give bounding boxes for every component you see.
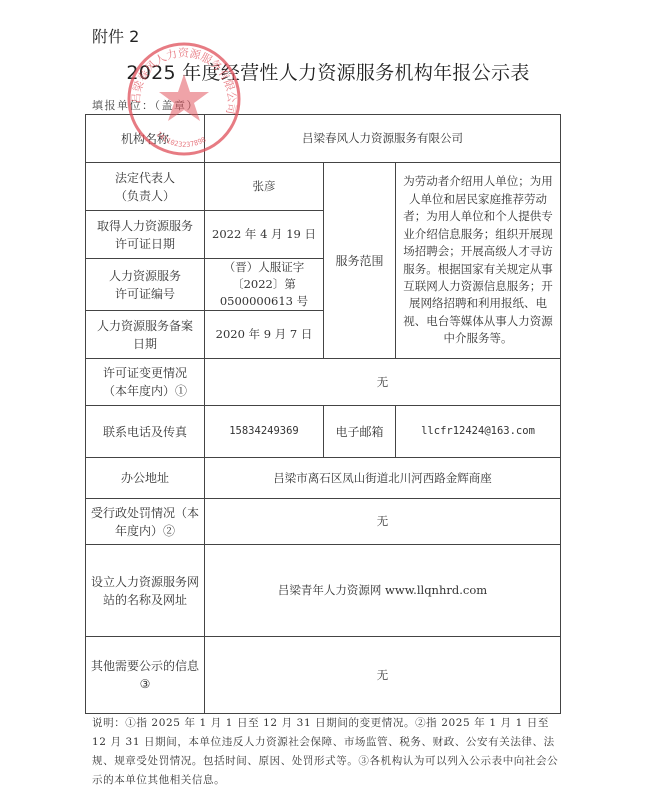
filing-date-label-line2: 日期 (90, 335, 200, 353)
other-info-label: 其他需要公示的信息 ③ (86, 637, 205, 714)
phone-value: 15834249369 (205, 406, 324, 458)
website-label-line2: 站的名称及网址 (90, 591, 200, 609)
license-date-label: 取得人力资源服务 许可证日期 (86, 211, 205, 259)
address-value: 吕梁市离石区凤山街道北川河西路金辉商座 (205, 458, 561, 499)
license-change-label: 许可证变更情况 （本年度内）① (86, 359, 205, 406)
legal-rep-label-line1: 法定代表人 (90, 169, 200, 187)
contact-label: 联系电话及传真 (86, 406, 205, 458)
row-website: 设立人力资源服务网 站的名称及网址 吕梁青年人力资源网 www.llqnhrd.… (86, 545, 561, 637)
other-info-label-line2: ③ (90, 675, 200, 693)
legal-rep-value: 张彦 (205, 163, 324, 211)
legal-rep-label: 法定代表人 （负责人） (86, 163, 205, 211)
row-legal-rep: 法定代表人 （负责人） 张彦 服务范围 为劳动者介绍用人单位；为用人单位和居民家… (86, 163, 561, 211)
other-info-label-line1: 其他需要公示的信息 (90, 657, 200, 675)
license-date-label-line2: 许可证日期 (90, 235, 200, 253)
annual-report-table: 机构名称 吕梁春风人力资源服务有限公司 法定代表人 （负责人） 张彦 服务范围 … (85, 114, 561, 714)
website-label-line1: 设立人力资源服务网 (90, 573, 200, 591)
row-address: 办公地址 吕梁市离石区凤山街道北川河西路金辉商座 (86, 458, 561, 499)
footnote: 说明：①指 2025 年 1 月 1 日至 12 月 31 日期间的变更情况。②… (92, 714, 562, 790)
license-no-label-line1: 人力资源服务 (90, 267, 200, 285)
penalty-label-line1: 受行政处罚情况（本 (90, 504, 200, 522)
website-label: 设立人力资源服务网 站的名称及网址 (86, 545, 205, 637)
row-contact: 联系电话及传真 15834249369 电子邮箱 llcfr12424@163.… (86, 406, 561, 458)
license-change-value: 无 (205, 359, 561, 406)
license-date-label-line1: 取得人力资源服务 (90, 217, 200, 235)
row-penalty: 受行政处罚情况（本 年度内）② 无 (86, 499, 561, 545)
filler-label: 填报单位：（盖章） (92, 97, 199, 113)
filing-date-label: 人力资源服务备案 日期 (86, 311, 205, 359)
license-no-line3: 0500000613 号 (209, 293, 319, 310)
filing-date-value: 2020 年 9 月 7 日 (205, 311, 324, 359)
row-license-change: 许可证变更情况 （本年度内）① 无 (86, 359, 561, 406)
row-org-name: 机构名称 吕梁春风人力资源服务有限公司 (86, 115, 561, 163)
org-name-label: 机构名称 (86, 115, 205, 163)
license-no-value: （晋）人服证字 〔2022〕第 0500000613 号 (205, 259, 324, 311)
website-value: 吕梁青年人力资源网 www.llqnhrd.com (205, 545, 561, 637)
penalty-label: 受行政处罚情况（本 年度内）② (86, 499, 205, 545)
penalty-value: 无 (205, 499, 561, 545)
other-info-value: 无 (205, 637, 561, 714)
license-no-line2: 〔2022〕第 (209, 276, 319, 293)
legal-rep-label-line2: （负责人） (90, 187, 200, 205)
service-scope-value: 为劳动者介绍用人单位；为用人单位和居民家庭推荐劳动者；为用人单位和个人提供专业介… (396, 163, 561, 359)
license-no-label-line2: 许可证编号 (90, 285, 200, 303)
license-date-value: 2022 年 4 月 19 日 (205, 211, 324, 259)
row-other: 其他需要公示的信息 ③ 无 (86, 637, 561, 714)
org-name-value: 吕梁春风人力资源服务有限公司 (205, 115, 561, 163)
attachment-label: 附件 2 (92, 24, 139, 47)
license-change-label-line2: （本年度内）① (90, 382, 200, 400)
service-scope-label: 服务范围 (324, 163, 396, 359)
document-title: 2025 年度经营性人力资源服务机构年报公示表 (0, 58, 656, 85)
address-label: 办公地址 (86, 458, 205, 499)
license-no-label: 人力资源服务 许可证编号 (86, 259, 205, 311)
license-change-label-line1: 许可证变更情况 (90, 364, 200, 382)
penalty-label-line2: 年度内）② (90, 522, 200, 540)
license-no-line1: （晋）人服证字 (209, 259, 319, 276)
email-value: llcfr12424@163.com (396, 406, 561, 458)
email-label: 电子邮箱 (324, 406, 396, 458)
filing-date-label-line1: 人力资源服务备案 (90, 317, 200, 335)
